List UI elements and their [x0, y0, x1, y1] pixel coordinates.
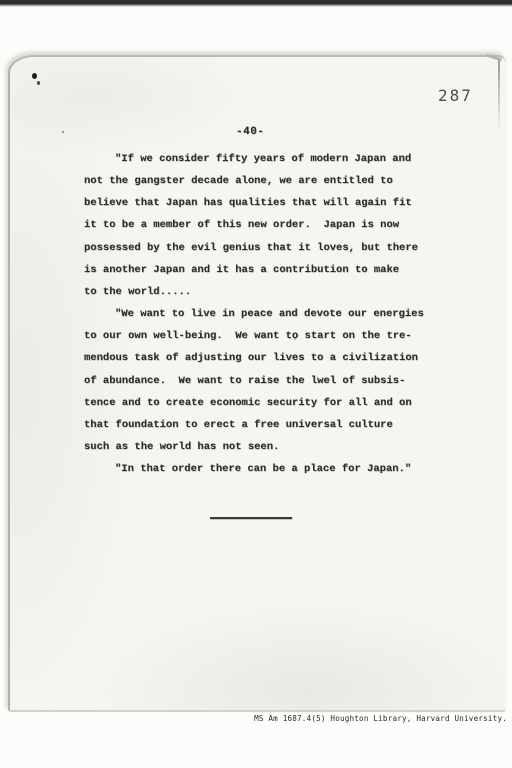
ink-speck	[62, 131, 64, 133]
typed-line: it to be a member of this new order. Jap…	[84, 214, 424, 236]
library-attribution-caption: MS Am 1687.4(5) Houghton Library, Harvar…	[7, 714, 507, 723]
typed-line: to our own well-being. We want to start …	[84, 325, 424, 347]
scanner-top-band	[0, 0, 512, 7]
typed-line: mendous task of adjusting our lives to a…	[84, 347, 424, 369]
typed-end-rule	[210, 517, 292, 519]
typed-line: possessed by the evil genius that it lov…	[84, 237, 424, 259]
ink-speck	[37, 81, 40, 85]
typed-line: that foundation to erect a free universa…	[84, 414, 424, 436]
archive-page-number-stamp: 287	[438, 86, 473, 105]
typed-body: "If we consider fifty years of modern Ja…	[84, 148, 424, 480]
typed-line: "We want to live in peace and devote our…	[84, 303, 424, 325]
typed-page-number: -40-	[236, 126, 264, 138]
paper-crease	[498, 60, 500, 132]
typed-line: "If we consider fifty years of modern Ja…	[84, 148, 424, 170]
typed-line: of abundance. We want to raise the lwel …	[84, 370, 424, 392]
typed-line: is another Japan and it has a contributi…	[84, 259, 424, 281]
typed-line: believe that Japan has qualities that wi…	[84, 192, 424, 214]
ink-speck	[32, 73, 37, 79]
typed-line: such as the world has not seen.	[84, 436, 424, 458]
typed-line: to the world.....	[84, 281, 424, 303]
typed-line: tence and to create economic security fo…	[84, 392, 424, 414]
typed-line: not the gangster decade alone, we are en…	[84, 170, 424, 192]
typed-line: "In that order there can be a place for …	[84, 458, 424, 480]
